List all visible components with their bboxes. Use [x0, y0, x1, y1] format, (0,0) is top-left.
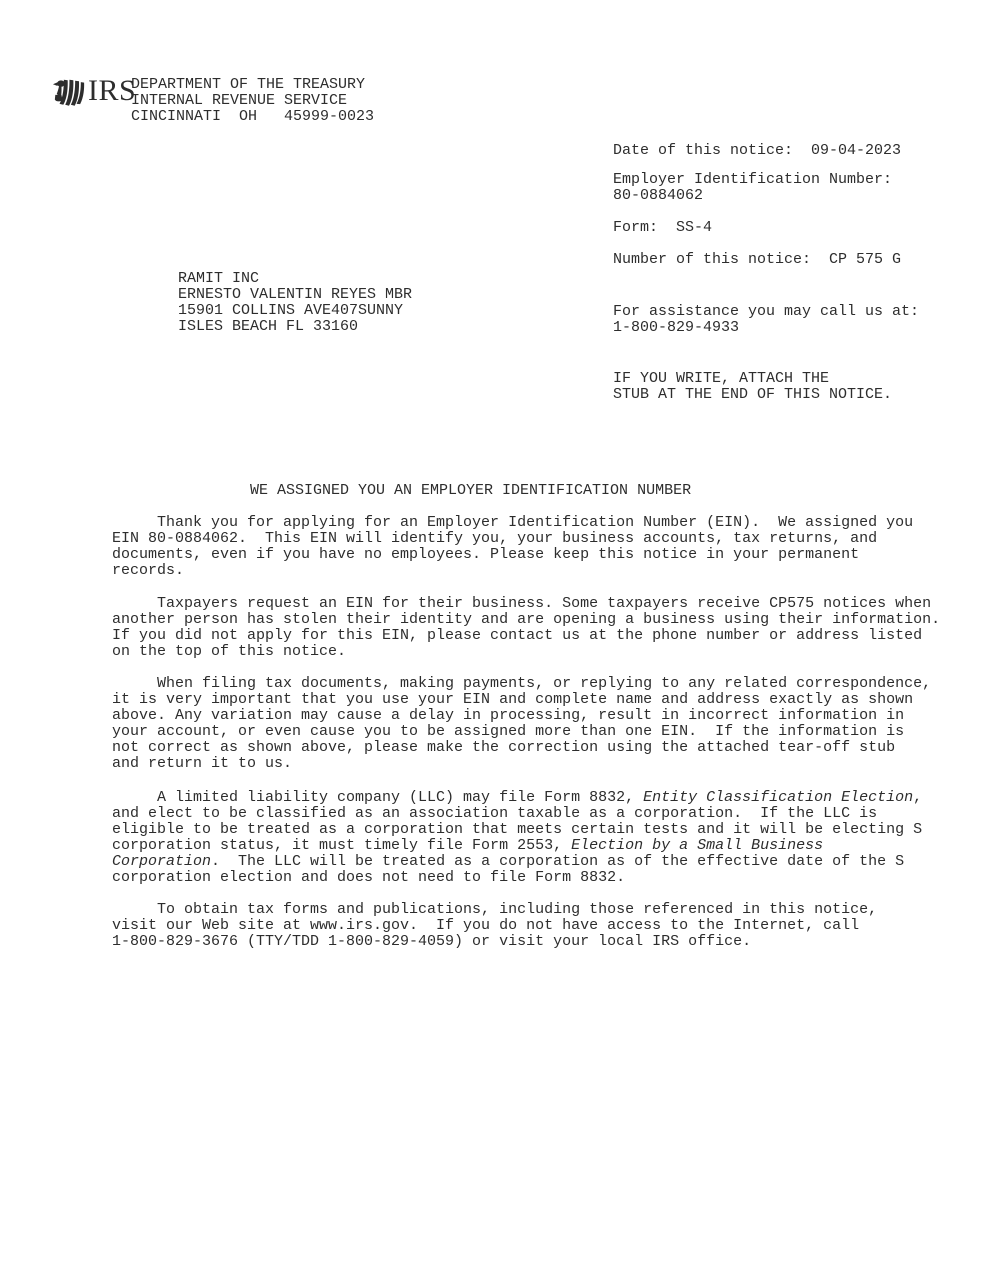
assistance-phone: For assistance you may call us at: 1-800…	[613, 304, 919, 336]
recipient-address: RAMIT INC ERNESTO VALENTIN REYES MBR 159…	[178, 271, 412, 335]
irs-wordmark: IRS	[88, 76, 136, 106]
form-number: Form: SS-4	[613, 220, 712, 236]
irs-eagle-icon	[52, 78, 86, 108]
llc-text-3: . The LLC will be treated as a corporati…	[112, 853, 904, 886]
write-attach-stub-note: IF YOU WRITE, ATTACH THE STUB AT THE END…	[613, 371, 892, 403]
irs-cp575-notice-page: { "colors": { "ink": "#2d2d2d", "paper":…	[0, 0, 989, 1280]
paragraph-identity-warning: Taxpayers request an EIN for their busin…	[112, 596, 940, 660]
agency-address: DEPARTMENT OF THE TREASURY INTERNAL REVE…	[131, 77, 374, 125]
paragraph-obtain-forms: To obtain tax forms and publications, in…	[112, 902, 877, 950]
irs-logo	[52, 78, 86, 108]
llc-text-1: A limited liability company (LLC) may fi…	[112, 789, 643, 806]
paragraph-thank-you: Thank you for applying for an Employer I…	[112, 515, 913, 579]
paragraph-llc-election: A limited liability company (LLC) may fi…	[112, 790, 922, 886]
notice-title: WE ASSIGNED YOU AN EMPLOYER IDENTIFICATI…	[250, 483, 691, 499]
form-8832-title: Entity Classification Election	[643, 789, 913, 806]
notice-number: Number of this notice: CP 575 G	[613, 252, 901, 268]
paragraph-use-ein-exactly: When filing tax documents, making paymen…	[112, 676, 931, 772]
employer-identification-number: Employer Identification Number: 80-08840…	[613, 172, 892, 204]
notice-date: Date of this notice: 09-04-2023	[613, 143, 901, 159]
